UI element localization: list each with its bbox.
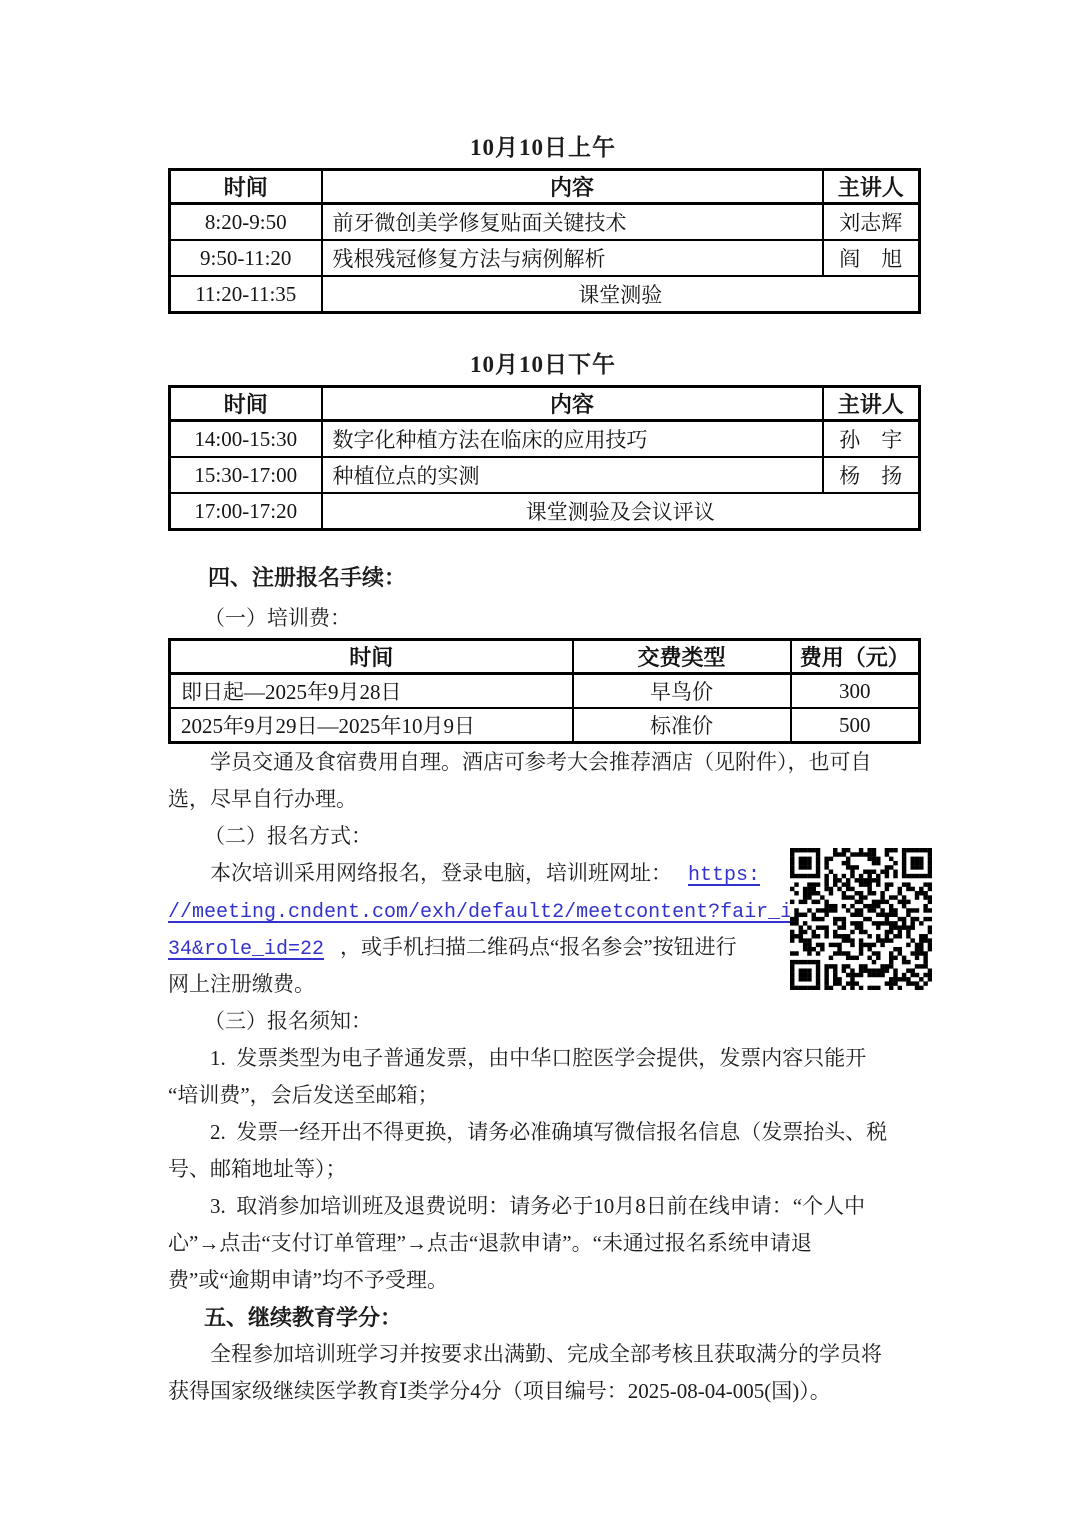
- document-page: 10月10日上午 时间 内容 主讲人 8:20-9:50 前牙微创美学修复贴面关…: [0, 0, 1086, 1536]
- morning-schedule-title: 10月10日上午: [168, 133, 918, 163]
- period-cell: 即日起—2025年9月28日: [170, 674, 573, 709]
- content-column-header: 内容: [322, 387, 823, 421]
- fee-type-cell: 早鸟价: [573, 674, 791, 709]
- content-cell: 课堂测验及会议评议: [322, 493, 920, 530]
- content-cell: 残根残冠修复方法与病例解析: [322, 240, 823, 276]
- content-column-header: 内容: [322, 170, 823, 204]
- amount-column-header: 费用（元）: [791, 640, 920, 674]
- registration-qr-code: [790, 848, 932, 990]
- period-cell: 2025年9月29日—2025年10月9日: [170, 708, 573, 743]
- time-column-header: 时间: [170, 170, 322, 204]
- note-line: “培训费”，会后发送至邮箱；: [168, 1077, 943, 1114]
- content-cell: 种植位点的实测: [322, 457, 823, 493]
- table-row: 15:30-17:00 种植位点的实测 杨 扬: [170, 457, 920, 493]
- credits-line: 全程参加培训班学习并按要求出满勤、完成全部考核且获取满分的学员将: [168, 1336, 943, 1373]
- registration-url-link[interactable]: https:: [688, 864, 760, 887]
- credits-line: 获得国家级继续医学教育Ⅰ类学分4分（项目编号：2025-08-04-005(国)…: [168, 1373, 943, 1410]
- amount-cell: 500: [791, 708, 920, 743]
- afternoon-schedule-table: 时间 内容 主讲人 14:00-15:30 数字化种植方法在临床的应用技巧 孙 …: [168, 385, 921, 531]
- registration-url-link[interactable]: 34&role_id=22: [168, 938, 324, 961]
- speaker-cell: 阎 旭: [823, 240, 920, 276]
- content-cell: 前牙微创美学修复贴面关键技术: [322, 204, 823, 241]
- note-line: 号、邮箱地址等）；: [168, 1151, 943, 1188]
- note-line: 2. 发票一经开出不得更换，请务必准确填写微信报名信息（发票抬头、税: [168, 1114, 943, 1151]
- registration-url-link[interactable]: //meeting.cndent.com/exh/default2/meetco…: [168, 901, 828, 924]
- note-line: 1. 发票类型为电子普通发票，由中华口腔医学会提供，发票内容只能开: [168, 1040, 943, 1077]
- time-cell: 9:50-11:20: [170, 240, 322, 276]
- table-header-row: 时间 内容 主讲人: [170, 170, 920, 204]
- afternoon-schedule-title: 10月10日下午: [168, 350, 918, 380]
- speaker-column-header: 主讲人: [823, 170, 920, 204]
- time-cell: 14:00-15:30: [170, 421, 322, 458]
- amount-cell: 300: [791, 674, 920, 709]
- table-row: 即日起—2025年9月28日 早鸟价 300: [170, 674, 920, 709]
- registration-section-heading: 四、注册报名手续：: [168, 563, 988, 593]
- fee-type-cell: 标准价: [573, 708, 791, 743]
- method-text: 本次培训采用网络报名，登录电脑，培训班网址：: [210, 861, 672, 885]
- time-column-header: 时间: [170, 640, 573, 674]
- time-cell: 11:20-11:35: [170, 276, 322, 313]
- speaker-cell: 杨 扬: [823, 457, 920, 493]
- time-cell: 17:00-17:20: [170, 493, 322, 530]
- fee-table: 时间 交费类型 费用（元） 即日起—2025年9月28日 早鸟价 300 202…: [168, 638, 921, 744]
- method-text: ，或手机扫描二维码点“报名参会”按钮进行: [340, 935, 737, 959]
- table-header-row: 时间 内容 主讲人: [170, 387, 920, 421]
- body-text: 学员交通及食宿费用自理。酒店可参考大会推荐酒店（见附件），也可自 选，尽早自行办…: [168, 744, 943, 1410]
- table-header-row: 时间 交费类型 费用（元）: [170, 640, 920, 674]
- note-line: 费”或“逾期申请”均不予受理。: [168, 1262, 943, 1299]
- speaker-cell: 孙 宇: [823, 421, 920, 458]
- time-cell: 8:20-9:50: [170, 204, 322, 241]
- fee-type-column-header: 交费类型: [573, 640, 791, 674]
- table-row: 11:20-11:35 课堂测验: [170, 276, 920, 313]
- fee-note-line: 选，尽早自行办理。: [168, 781, 943, 818]
- credits-section-heading: 五、继续教育学分：: [168, 1299, 943, 1336]
- fee-subsection-heading: （一）培训费：: [168, 603, 988, 633]
- content-cell: 数字化种植方法在临床的应用技巧: [322, 421, 823, 458]
- table-row: 14:00-15:30 数字化种植方法在临床的应用技巧 孙 宇: [170, 421, 920, 458]
- speaker-column-header: 主讲人: [823, 387, 920, 421]
- note-line: 心”→点击“支付订单管理”→点击“退款申请”。“未通过报名系统申请退: [168, 1225, 943, 1262]
- speaker-cell: 刘志辉: [823, 204, 920, 241]
- table-row: 9:50-11:20 残根残冠修复方法与病例解析 阎 旭: [170, 240, 920, 276]
- notes-subsection-heading: （三）报名须知：: [168, 1003, 943, 1040]
- morning-schedule-table: 时间 内容 主讲人 8:20-9:50 前牙微创美学修复贴面关键技术 刘志辉 9…: [168, 168, 921, 314]
- content-cell: 课堂测验: [322, 276, 920, 313]
- table-row: 17:00-17:20 课堂测验及会议评议: [170, 493, 920, 530]
- fee-note-line: 学员交通及食宿费用自理。酒店可参考大会推荐酒店（见附件），也可自: [168, 744, 943, 781]
- time-column-header: 时间: [170, 387, 322, 421]
- note-line: 3. 取消参加培训班及退费说明：请务必于10月8日前在线申请：“个人中: [168, 1188, 943, 1225]
- table-row: 2025年9月29日—2025年10月9日 标准价 500: [170, 708, 920, 743]
- table-row: 8:20-9:50 前牙微创美学修复贴面关键技术 刘志辉: [170, 204, 920, 241]
- time-cell: 15:30-17:00: [170, 457, 322, 493]
